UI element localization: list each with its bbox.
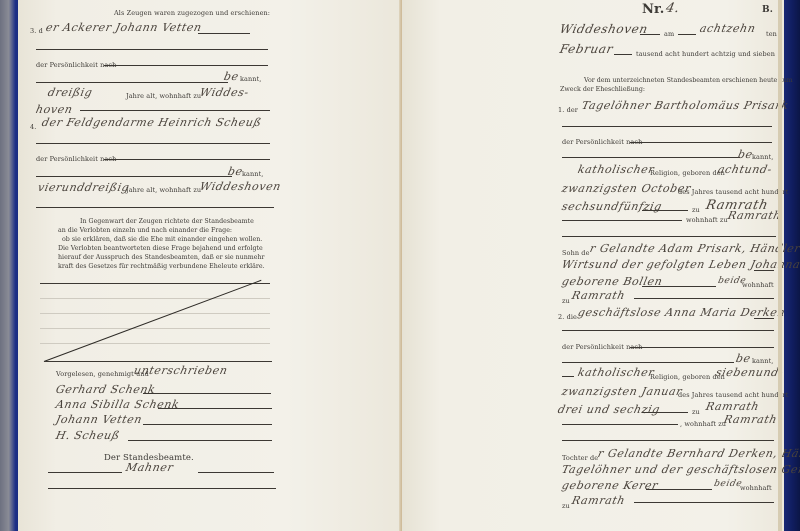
rule	[562, 376, 574, 377]
groom-year-label: des Jahres tausend acht hundert	[678, 188, 788, 196]
signature-1: Gerhard Schenk	[55, 383, 157, 396]
intro-line: Zweck der Eheschließung:	[560, 85, 793, 94]
groom-religion: katholischer	[577, 163, 656, 176]
rule	[36, 207, 274, 208]
month-hand: Februar	[559, 42, 615, 56]
witness3-age: dreißig	[47, 86, 94, 99]
bride-parents-1: r Gelandte Bernhard Derken, Händler	[597, 447, 800, 460]
section-letter: B.	[762, 5, 773, 15]
groom-parents-1: r Gelandte Adam Prisark, Händler	[589, 242, 800, 255]
declaration-line: Die Verlobten beantworteten diese Frage …	[58, 244, 265, 253]
signature-4: H. Scheuß	[55, 429, 121, 442]
bride-prefix: 2. die	[558, 313, 577, 321]
rule	[646, 489, 712, 490]
rule	[562, 126, 772, 127]
rule	[198, 472, 274, 473]
groom-name: Tagelöhner Bartholomäus Prisark	[581, 99, 790, 112]
groom-both-print: wohnhaft	[742, 281, 774, 289]
entry-number-label: Nr.	[642, 2, 664, 17]
rule	[40, 298, 270, 299]
witness4-residence: Widdeshoven	[199, 180, 283, 193]
bride-religion-label: Religion, geboren den	[650, 373, 725, 381]
rule	[562, 236, 776, 237]
closing-hand: unterschrieben	[133, 364, 229, 377]
rule	[634, 298, 774, 299]
void-strike-line	[44, 280, 262, 362]
declaration-line: ob sie erklären, daß sie die Ehe mit ein…	[58, 235, 265, 244]
witness4-age: vierunddreißig	[37, 181, 131, 194]
rule	[40, 283, 270, 284]
bride-both-hand: beide	[713, 479, 743, 489]
year-print: tausend acht hundert achtzig und sieben	[636, 50, 775, 58]
witness3-known-hand: be	[223, 70, 241, 83]
rule	[104, 65, 268, 66]
declaration-line: hierauf der Ausspruch des Standesbeamten…	[58, 253, 265, 262]
bride-resides: Ramrath	[723, 413, 779, 426]
groom-prefix: 1. der	[558, 106, 578, 114]
day-hand: achtzehn	[699, 22, 757, 35]
declaration-line: an die Verlobten einzeln und nach einand…	[58, 226, 265, 235]
daughter-of-print: Tochter de	[562, 454, 598, 462]
witness3-known-print: kannt,	[240, 75, 261, 83]
witness4-name: der Feldgendarme Heinrich Scheuß	[41, 116, 263, 129]
rule	[40, 343, 270, 344]
intro-line: Vor dem unterzeichneten Standesbeamten e…	[560, 76, 793, 85]
signature-3: Johann Vetten	[55, 413, 144, 426]
rule	[630, 142, 772, 143]
rule	[634, 502, 774, 503]
signature-2: Anna Sibilla Schenk	[55, 398, 181, 411]
bride-birth-year: drei und sechzig	[557, 403, 662, 416]
rule	[104, 159, 270, 160]
bride-known-print: kannt,	[752, 357, 773, 365]
rule	[562, 157, 740, 158]
rule	[754, 270, 774, 271]
groom-known-print: kannt,	[752, 153, 773, 161]
rule	[562, 362, 734, 363]
bride-parents-res-prefix: zu	[562, 502, 570, 510]
rule	[562, 330, 774, 331]
bride-parents-2: Tagelöhner und der geschäftslosen Gertru…	[561, 463, 800, 476]
rule	[642, 286, 716, 287]
bride-year-label: des Jahres tausend acht hundert	[678, 391, 788, 399]
right-page: Nr. 4. B. Widdeshoven am achtzehn ten Fe…	[402, 0, 784, 531]
bride-both-print: wohnhaft	[740, 484, 772, 492]
witness3-residence-cont: hoven	[35, 103, 74, 116]
rule	[642, 210, 688, 211]
witness4-known-print: kannt,	[242, 170, 263, 178]
rule	[143, 424, 272, 425]
rule	[143, 393, 271, 394]
groom-parents-res: Ramrath	[571, 289, 627, 302]
rule	[40, 328, 270, 329]
rule	[562, 424, 678, 425]
rule	[80, 110, 270, 111]
bride-religion: katholischer	[577, 366, 656, 379]
groom-resides-label: wohnhaft zu	[686, 216, 728, 224]
witness-heading: Als Zeugen waren zugezogen und erschiene…	[114, 9, 270, 17]
groom-parents-res-prefix: zu	[562, 297, 570, 305]
marriage-declaration: In Gegenwart der Zeugen richtete der Sta…	[58, 217, 265, 271]
witness4-prefix: 4.	[30, 123, 36, 131]
groom-resides: Ramrath	[727, 209, 783, 222]
groom-birth-year: sechsundfünfzig	[561, 200, 664, 213]
bride-born-in: Ramrath	[705, 400, 761, 413]
bride-birth-day-cont: zwanzigsten Januar	[561, 385, 684, 398]
groom-birth-day: achtund-	[717, 163, 774, 176]
left-page: Als Zeugen waren zugezogen und erschiene…	[18, 0, 402, 531]
witness3-name: er Ackerer Johann Vetten	[45, 21, 203, 34]
witness3-residence: Widdes-	[199, 86, 251, 99]
rule	[128, 440, 272, 441]
rule	[614, 54, 632, 55]
rule	[640, 34, 660, 35]
groom-religion-label: Religion, geboren den	[650, 169, 725, 177]
entry-number-value: 4.	[664, 1, 681, 16]
rule	[48, 472, 122, 473]
witness4-age-label: Jahre alt, wohnhaft zu	[126, 186, 201, 194]
rule	[562, 220, 682, 221]
rule	[198, 33, 250, 34]
rule	[630, 347, 774, 348]
witness3-prefix: 3. d	[30, 27, 43, 35]
rule	[678, 34, 696, 35]
declaration-line: In Gegenwart der Zeugen richtete der Sta…	[58, 217, 265, 226]
register-spread: Als Zeugen waren zugezogen und erschiene…	[0, 0, 800, 531]
intro-text: Vor dem unterzeichneten Standesbeamten e…	[560, 76, 793, 94]
son-of-print: Sohn de	[562, 249, 590, 257]
rule	[36, 143, 270, 144]
rule	[36, 82, 228, 83]
bride-parents-3: geborene Kerer	[561, 479, 660, 492]
rule	[48, 488, 276, 489]
rule	[36, 49, 268, 50]
den-label: ten	[766, 30, 777, 38]
rule	[40, 313, 270, 314]
registrar-signature: Mahner	[125, 461, 175, 474]
rule	[562, 440, 774, 441]
rule	[158, 408, 272, 409]
rule	[754, 318, 774, 319]
page-edge	[778, 0, 782, 531]
place-hand: Widdeshoven	[559, 22, 650, 36]
witness3-age-label: Jahre alt, wohnhaft zu	[126, 92, 201, 100]
groom-birth-day-cont: zwanzigsten October	[561, 182, 693, 195]
rule	[642, 412, 688, 413]
bride-resides-label: , wohnhaft zu	[680, 420, 726, 428]
bride-known-hand: be	[735, 352, 753, 365]
rule	[36, 176, 232, 177]
bride-birth-day: siebenund-	[715, 366, 785, 379]
groom-born-in-label: zu	[692, 206, 700, 214]
declaration-line: kraft des Gesetzes für rechtmäßig verbun…	[58, 262, 265, 271]
bride-parents-res: Ramrath	[571, 494, 627, 507]
rule	[44, 361, 272, 362]
bride-born-in-label: zu	[692, 408, 700, 416]
date-on: am	[664, 30, 674, 38]
